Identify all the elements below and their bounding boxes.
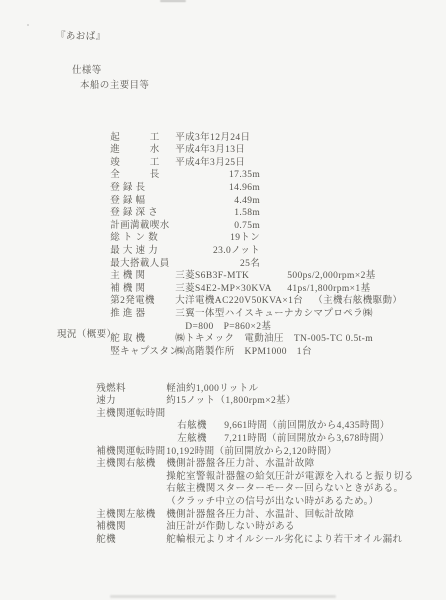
spec-value: 平成4年3月25日 (175, 157, 277, 170)
status-label: 主機関左舷機 (96, 509, 166, 522)
spec-value-detail: （主機右舷機駆動） (313, 296, 402, 306)
status-label: 速力 (96, 395, 166, 408)
status-label: 主機関右舷機 (96, 458, 166, 471)
spec-label: 最 大 速 力 (110, 245, 175, 258)
current-condition-table: 残燃料軽油約1,000リットル 速力約15ノット（1,800rpm×2基） 主機… (74, 340, 440, 534)
spec-value: 0.75m (175, 220, 260, 233)
scan-smudge (160, 0, 186, 2)
status-label: 残燃料 (96, 383, 166, 396)
spec-value: 23.0ノット (175, 245, 260, 258)
spec-value-detail: 500ps/2,000rpm×2基 (287, 271, 375, 281)
spec-value: D=800 P=860×2基 (175, 321, 287, 334)
status-value: 油圧計が作動しない時がある (166, 522, 295, 532)
spec-value: 三翼一体型ハイスキューナカシマプロペラ㈱ (175, 308, 373, 321)
spec-label: 最大搭載人員 (110, 258, 175, 271)
status-value: 10,192時間（前回開放から2,120時間） (166, 447, 337, 457)
status-label: 補機関運転時間 (96, 446, 166, 459)
status-value: 機側計器盤各圧力計、水温計故障 (166, 459, 315, 469)
status-label: 補機関 (96, 521, 166, 534)
spec-value: 三菱S6B3F-MTK (175, 270, 277, 283)
status-value: 舵輪根元よりオイルシール劣化により若干オイル漏れ (166, 535, 402, 545)
spec-label: 推 進 器 (110, 308, 175, 321)
spec-value: 19トン (175, 232, 260, 245)
spec-label: 第2発電機 (110, 295, 175, 308)
scan-edge-shadow (110, 595, 336, 598)
status-value: 軽油約1,000リットル (166, 384, 258, 394)
spec-label: 主 機 関 (110, 270, 175, 283)
status-value: 9,661時間（前回開放から4,435時間） (224, 421, 390, 431)
spec-label: 全 長 (110, 169, 175, 182)
status-label: 左舷機 (177, 433, 224, 446)
status-label: 右舷機 (177, 420, 224, 433)
spec-label: 登 録 深 さ (110, 207, 175, 220)
spec-value: 大洋電機AC220V50KVA×1台 (175, 295, 303, 308)
spec-value: 4.49m (175, 195, 260, 208)
spec-label: 竣 工 (110, 157, 175, 170)
status-label: 舵機 (96, 534, 166, 547)
spec-label: 計画満載喫水 (110, 220, 175, 233)
spec-value: 平成4年3月13日 (175, 144, 277, 157)
scanned-document-page: 『あおば』 仕様等 本船の主要目等 起 工平成3年12月24日 進 水平成4年3… (0, 0, 446, 600)
specifications-table: 起 工平成3年12月24日 進 水平成4年3月13日 竣 工平成4年3月25日 … (88, 89, 438, 346)
spec-label: 進 水 (110, 144, 175, 157)
spec-label: 登 録 幅 (110, 195, 175, 208)
spec-value: 三菱S4E2-MP×30KVA (175, 283, 277, 296)
status-label: 主機関運転時間 (96, 408, 166, 421)
spec-label: 登 録 長 (110, 182, 175, 195)
status-value: 右舷主機関スターターモーター回らないときがある。 (166, 484, 403, 494)
status-value: （クラッチ中立の信号が出ない時があるため。） (166, 497, 378, 507)
spec-value: 1.58m (175, 207, 260, 220)
spec-label: 総 ト ン 数 (110, 232, 175, 245)
spec-value-detail: 41ps/1,800rpm×1基 (287, 284, 370, 294)
document-title: 『あおば』 (56, 28, 106, 42)
spec-value: 25名 (175, 258, 260, 271)
status-value: 機側計器盤各圧力計、水温計、回転計故障 (166, 510, 354, 520)
status-value: 7,211時間（前回開放から3,678時間） (224, 434, 389, 444)
status-row: 残燃料軽油約1,000リットル (74, 370, 440, 383)
status-value: 約15ノット（1,800rpm×2基） (166, 396, 296, 406)
spec-row: 起 工平成3年12月24日 (88, 119, 438, 132)
status-value: 操舵室警報計器盤の給気圧計が電源を入れると振り切る (166, 472, 414, 482)
current-condition-heading: 現況（概要） (57, 326, 116, 340)
scan-speck (27, 24, 29, 26)
specifications-heading: 仕様等 (72, 62, 102, 76)
spec-value: 17.35m (175, 169, 260, 182)
spec-label: 補 機 関 (110, 283, 175, 296)
spec-value: 14.96m (175, 182, 260, 195)
spec-label: 起 工 (110, 132, 175, 145)
spec-value: 平成3年12月24日 (175, 132, 277, 145)
